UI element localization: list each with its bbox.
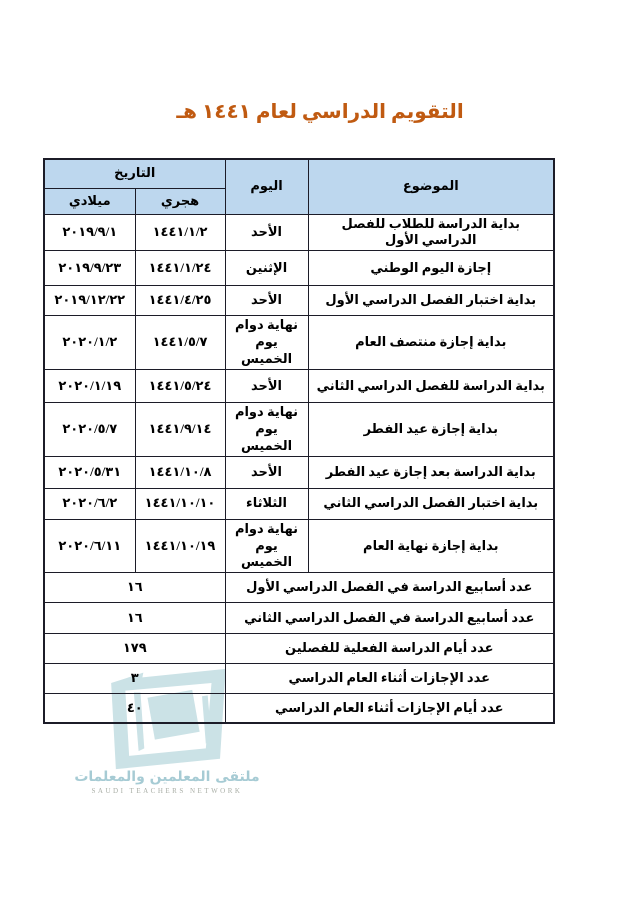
day-cell: الثلاثاء [225,488,308,519]
summary-value: ٤٠ [44,694,225,723]
table-row: بداية الدراسة للطلاب للفصل الدراسي الأول… [44,214,554,251]
summary-label: عدد أسابيع الدراسة في الفصل الدراسي الثا… [225,603,554,634]
table-row: بداية إجازة نهاية العام نهاية دوام يوم ا… [44,519,554,573]
subject-cell: بداية إجازة منتصف العام [308,316,554,370]
hijri-date-cell: ١٤٤١/٩/١٤ [135,402,225,456]
summary-value: ١٦ [44,603,225,634]
day-cell: نهاية دوام يوم الخميس [225,519,308,573]
day-cell: الإثنين [225,251,308,286]
hijri-date-cell: ١٤٤١/١/٢ [135,214,225,251]
day-cell: الأحد [225,369,308,402]
subject-cell: بداية الدراسة للطلاب للفصل الدراسي الأول [308,214,554,251]
table-row: بداية الدراسة للفصل الدراسي الثاني الأحد… [44,369,554,402]
summary-value: ٣ [44,664,225,694]
subject-cell: بداية الدراسة للفصل الدراسي الثاني [308,369,554,402]
gregorian-date-cell: ٢٠٢٠/١/٢ [44,316,135,370]
gregorian-date-cell: ٢٠٢٠/٥/٧ [44,402,135,456]
header-day: اليوم [225,159,308,214]
hijri-date-cell: ١٤٤١/١٠/٨ [135,456,225,488]
hijri-date-cell: ١٤٤١/١/٢٤ [135,251,225,286]
gregorian-date-cell: ٢٠١٩/٩/٢٣ [44,251,135,286]
subject-cell: إجازة اليوم الوطني [308,251,554,286]
day-cell: الأحد [225,286,308,316]
summary-label: عدد الإجازات أثناء العام الدراسي [225,664,554,694]
gregorian-date-cell: ٢٠١٩/٩/١ [44,214,135,251]
hijri-date-cell: ١٤٤١/٤/٢٥ [135,286,225,316]
summary-value: ١٦ [44,573,225,603]
header-date: التاريخ [44,159,225,188]
day-cell: الأحد [225,456,308,488]
table-row: بداية اختبار الفصل الدراسي الثاني الثلاث… [44,488,554,519]
page-title: التقويم الدراسي لعام ١٤٤١ هـ [0,99,640,124]
day-cell: الأحد [225,214,308,251]
hijri-date-cell: ١٤٤١/١٠/١٠ [135,488,225,519]
subject-cell: بداية إجازة عيد الفطر [308,402,554,456]
summary-row: عدد أسابيع الدراسة في الفصل الدراسي الأو… [44,573,554,603]
summary-row: عدد أيام الدراسة الفعلية للفصلين ١٧٩ [44,634,554,664]
summary-label: عدد أيام الإجازات أثناء العام الدراسي [225,694,554,723]
gregorian-date-cell: ٢٠٢٠/٦/٢ [44,488,135,519]
header-hijri: هجري [135,188,225,214]
watermark-english-text: SAUDI TEACHERS NETWORK [62,787,272,795]
summary-row: عدد أيام الإجازات أثناء العام الدراسي ٤٠ [44,694,554,723]
header-gregorian: ميلادي [44,188,135,214]
day-cell: نهاية دوام يوم الخميس [225,316,308,370]
subject-cell: بداية إجازة نهاية العام [308,519,554,573]
table-row: بداية إجازة منتصف العام نهاية دوام يوم ا… [44,316,554,370]
header-subject: الموضوع [308,159,554,214]
summary-label: عدد أيام الدراسة الفعلية للفصلين [225,634,554,664]
summary-row: عدد الإجازات أثناء العام الدراسي ٣ [44,664,554,694]
table-row: إجازة اليوم الوطني الإثنين ١٤٤١/١/٢٤ ٢٠١… [44,251,554,286]
gregorian-date-cell: ٢٠١٩/١٢/٢٢ [44,286,135,316]
watermark-arabic-text: ملتقى المعلمين والمعلمات [62,770,272,785]
hijri-date-cell: ١٤٤١/٥/٧ [135,316,225,370]
summary-value: ١٧٩ [44,634,225,664]
day-cell: نهاية دوام يوم الخميس [225,402,308,456]
hijri-date-cell: ١٤٤١/١٠/١٩ [135,519,225,573]
academic-calendar-table: الموضوع اليوم التاريخ هجري ميلادي بداية … [43,158,555,724]
summary-row: عدد أسابيع الدراسة في الفصل الدراسي الثا… [44,603,554,634]
table-row: بداية اختبار الفصل الدراسي الأول الأحد ١… [44,286,554,316]
subject-cell: بداية اختبار الفصل الدراسي الثاني [308,488,554,519]
table-row: بداية إجازة عيد الفطر نهاية دوام يوم الخ… [44,402,554,456]
gregorian-date-cell: ٢٠٢٠/٥/٣١ [44,456,135,488]
subject-cell: بداية الدراسة بعد إجازة عيد الفطر [308,456,554,488]
summary-label: عدد أسابيع الدراسة في الفصل الدراسي الأو… [225,573,554,603]
gregorian-date-cell: ٢٠٢٠/١/١٩ [44,369,135,402]
table-row: بداية الدراسة بعد إجازة عيد الفطر الأحد … [44,456,554,488]
subject-cell: بداية اختبار الفصل الدراسي الأول [308,286,554,316]
gregorian-date-cell: ٢٠٢٠/٦/١١ [44,519,135,573]
table-header: الموضوع اليوم التاريخ هجري ميلادي [44,159,554,214]
hijri-date-cell: ١٤٤١/٥/٢٤ [135,369,225,402]
